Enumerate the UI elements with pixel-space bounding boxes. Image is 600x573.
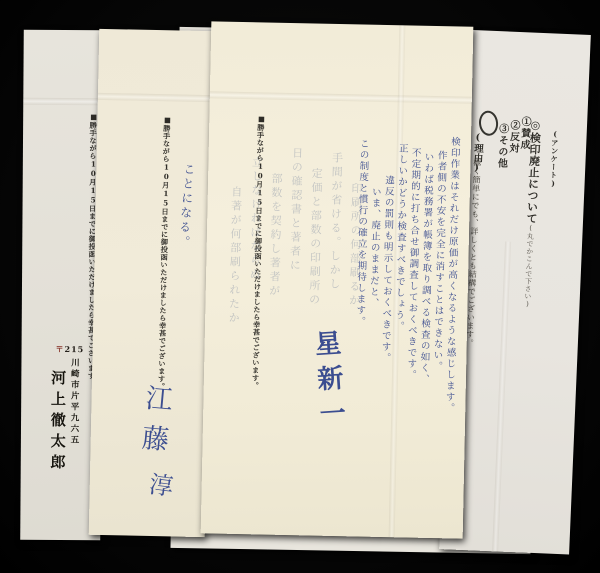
showthrough-column: 自著が何部刷られたか (224, 186, 242, 537)
showthrough-column: 部数を契約し著者が (264, 173, 283, 538)
photo-of-documents: ■勝手ながら10月15日までに御投函いただけましたら幸甚でございます。 〒215… (0, 0, 600, 573)
answer-option: ②反対 (506, 120, 518, 170)
signature-eto-given: 淳 (144, 471, 172, 498)
form-title: (アンケート) (548, 129, 558, 188)
showthrough-column: 立しなければならぬ (244, 156, 263, 537)
handwritten-closing-fragment: ことになる。 (176, 162, 195, 250)
signature-hoshi: 星新一 (310, 329, 344, 436)
question-instruction: (丸でかこんで下さい) (523, 224, 535, 309)
fold-crease (492, 242, 511, 552)
sheet-eto: ■勝手ながら10月15日までに御投函いただけましたら幸甚でございます。 ことにな… (89, 29, 216, 537)
fold-crease (210, 91, 472, 103)
fold-crease (98, 93, 214, 102)
signature-kawakami: 河上徹太郎 (49, 370, 65, 475)
postal-mark-icon: 〒 (56, 344, 65, 354)
stamp-postal-code: 〒215 (56, 344, 85, 355)
answer-options: ①賛成②反対③その他 (494, 115, 529, 170)
showthrough-column: 日の確認書と著者に (284, 147, 303, 538)
stamp-address: 川崎市片平九六五 (69, 358, 79, 446)
signature-eto-family: 江藤 (135, 383, 170, 465)
sheet-hoshi: ■勝手ながら10月15日までに御投函いただけましたら幸甚でございます。 印刷所の… (201, 21, 474, 538)
fold-crease (23, 98, 103, 106)
printed-margin-note: ■勝手ながら10月15日までに御投函いただけましたら幸甚でございます。 (158, 115, 171, 390)
